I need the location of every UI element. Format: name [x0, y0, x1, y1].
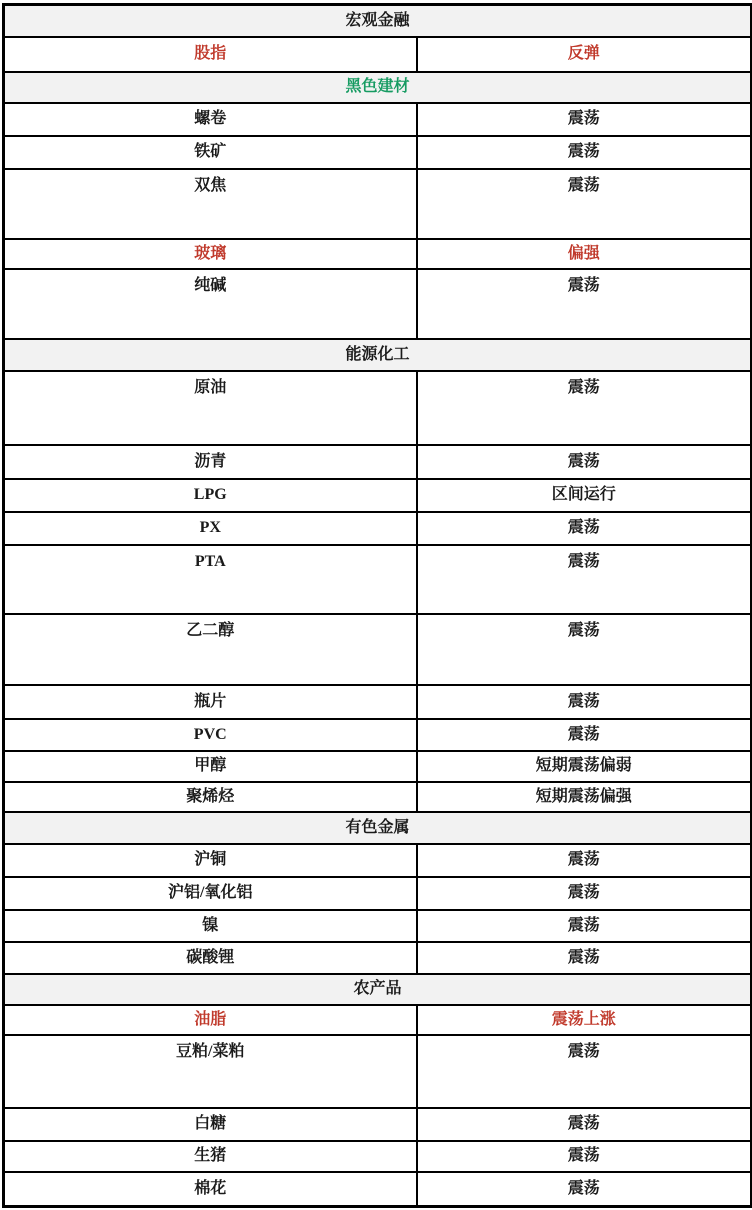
category-label: 有色金属	[4, 812, 752, 844]
category-row: 农产品	[4, 974, 752, 1005]
item-name-cell: PVC	[4, 719, 417, 751]
item-name-cell: 豆粕/菜粕	[4, 1035, 417, 1108]
item-name-cell: LPG	[4, 479, 417, 512]
item-row: 玻璃 偏强	[4, 239, 752, 269]
item-row: 沥青 震荡	[4, 445, 752, 479]
page: { "table": { "colors": { "red": "#c0392b…	[0, 0, 752, 1210]
item-name-cell: PX	[4, 512, 417, 545]
item-name-cell: 碳酸锂	[4, 942, 417, 974]
item-row: PVC 震荡	[4, 719, 752, 751]
item-outlook-cell: 震荡	[417, 844, 752, 877]
item-row: 螺卷 震荡	[4, 103, 752, 136]
item-name-cell: 股指	[4, 37, 417, 72]
item-row: 棉花 震荡	[4, 1172, 752, 1207]
item-row: PX 震荡	[4, 512, 752, 545]
item-outlook-cell: 震荡	[417, 1172, 752, 1207]
item-outlook-cell: 震荡	[417, 685, 752, 719]
item-name-cell: 玻璃	[4, 239, 417, 269]
item-name-cell: PTA	[4, 545, 417, 614]
category-label: 能源化工	[4, 339, 752, 371]
item-outlook-cell: 震荡	[417, 877, 752, 910]
item-outlook-cell: 震荡	[417, 1141, 752, 1172]
item-name-cell: 沪铝/氧化铝	[4, 877, 417, 910]
item-outlook-cell: 短期震荡偏弱	[417, 751, 752, 782]
item-row: 双焦 震荡	[4, 169, 752, 239]
item-outlook-cell: 短期震荡偏强	[417, 782, 752, 812]
item-name-cell: 沥青	[4, 445, 417, 479]
item-outlook-cell: 震荡上涨	[417, 1005, 752, 1035]
item-row: 瓶片 震荡	[4, 685, 752, 719]
item-name-cell: 聚烯烃	[4, 782, 417, 812]
item-outlook-cell: 震荡	[417, 545, 752, 614]
item-outlook-cell: 震荡	[417, 269, 752, 339]
item-outlook-cell: 震荡	[417, 910, 752, 942]
item-outlook-cell: 震荡	[417, 445, 752, 479]
item-name-cell: 双焦	[4, 169, 417, 239]
item-name-cell: 铁矿	[4, 136, 417, 169]
item-row: 原油 震荡	[4, 371, 752, 445]
item-name-cell: 原油	[4, 371, 417, 445]
item-row: 油脂 震荡上涨	[4, 1005, 752, 1035]
item-name-cell: 纯碱	[4, 269, 417, 339]
category-label: 黑色建材	[4, 72, 752, 103]
item-row: 豆粕/菜粕 震荡	[4, 1035, 752, 1108]
item-name-cell: 镍	[4, 910, 417, 942]
item-row: 沪铝/氧化铝 震荡	[4, 877, 752, 910]
item-row: 镍 震荡	[4, 910, 752, 942]
item-outlook-cell: 区间运行	[417, 479, 752, 512]
item-row: 白糖 震荡	[4, 1108, 752, 1141]
item-row: 聚烯烃 短期震荡偏强	[4, 782, 752, 812]
item-outlook-cell: 震荡	[417, 942, 752, 974]
item-row: 股指 反弹	[4, 37, 752, 72]
item-outlook-cell: 震荡	[417, 719, 752, 751]
item-row: 铁矿 震荡	[4, 136, 752, 169]
item-row: 纯碱 震荡	[4, 269, 752, 339]
item-outlook-cell: 偏强	[417, 239, 752, 269]
category-row: 黑色建材	[4, 72, 752, 103]
item-outlook-cell: 震荡	[417, 136, 752, 169]
item-name-cell: 生猪	[4, 1141, 417, 1172]
item-name-cell: 沪铜	[4, 844, 417, 877]
item-row: 甲醇 短期震荡偏弱	[4, 751, 752, 782]
item-name-cell: 螺卷	[4, 103, 417, 136]
item-name-cell: 油脂	[4, 1005, 417, 1035]
item-row: PTA 震荡	[4, 545, 752, 614]
category-label: 农产品	[4, 974, 752, 1005]
outlook-table-body: 宏观金融 股指 反弹 黑色建材 螺卷 震荡 铁矿 震荡 双焦 震荡 玻璃 偏强 …	[4, 5, 752, 1207]
item-row: 生猪 震荡	[4, 1141, 752, 1172]
category-row: 宏观金融	[4, 5, 752, 37]
item-row: 碳酸锂 震荡	[4, 942, 752, 974]
item-name-cell: 乙二醇	[4, 614, 417, 685]
category-label: 宏观金融	[4, 5, 752, 37]
category-row: 有色金属	[4, 812, 752, 844]
item-name-cell: 甲醇	[4, 751, 417, 782]
outlook-table: 宏观金融 股指 反弹 黑色建材 螺卷 震荡 铁矿 震荡 双焦 震荡 玻璃 偏强 …	[2, 3, 752, 1208]
item-row: 乙二醇 震荡	[4, 614, 752, 685]
item-name-cell: 瓶片	[4, 685, 417, 719]
item-row: LPG 区间运行	[4, 479, 752, 512]
item-outlook-cell: 震荡	[417, 169, 752, 239]
item-outlook-cell: 震荡	[417, 1035, 752, 1108]
item-outlook-cell: 震荡	[417, 371, 752, 445]
item-outlook-cell: 震荡	[417, 614, 752, 685]
item-outlook-cell: 震荡	[417, 103, 752, 136]
item-outlook-cell: 震荡	[417, 1108, 752, 1141]
item-row: 沪铜 震荡	[4, 844, 752, 877]
item-outlook-cell: 反弹	[417, 37, 752, 72]
item-name-cell: 棉花	[4, 1172, 417, 1207]
item-outlook-cell: 震荡	[417, 512, 752, 545]
item-name-cell: 白糖	[4, 1108, 417, 1141]
category-row: 能源化工	[4, 339, 752, 371]
